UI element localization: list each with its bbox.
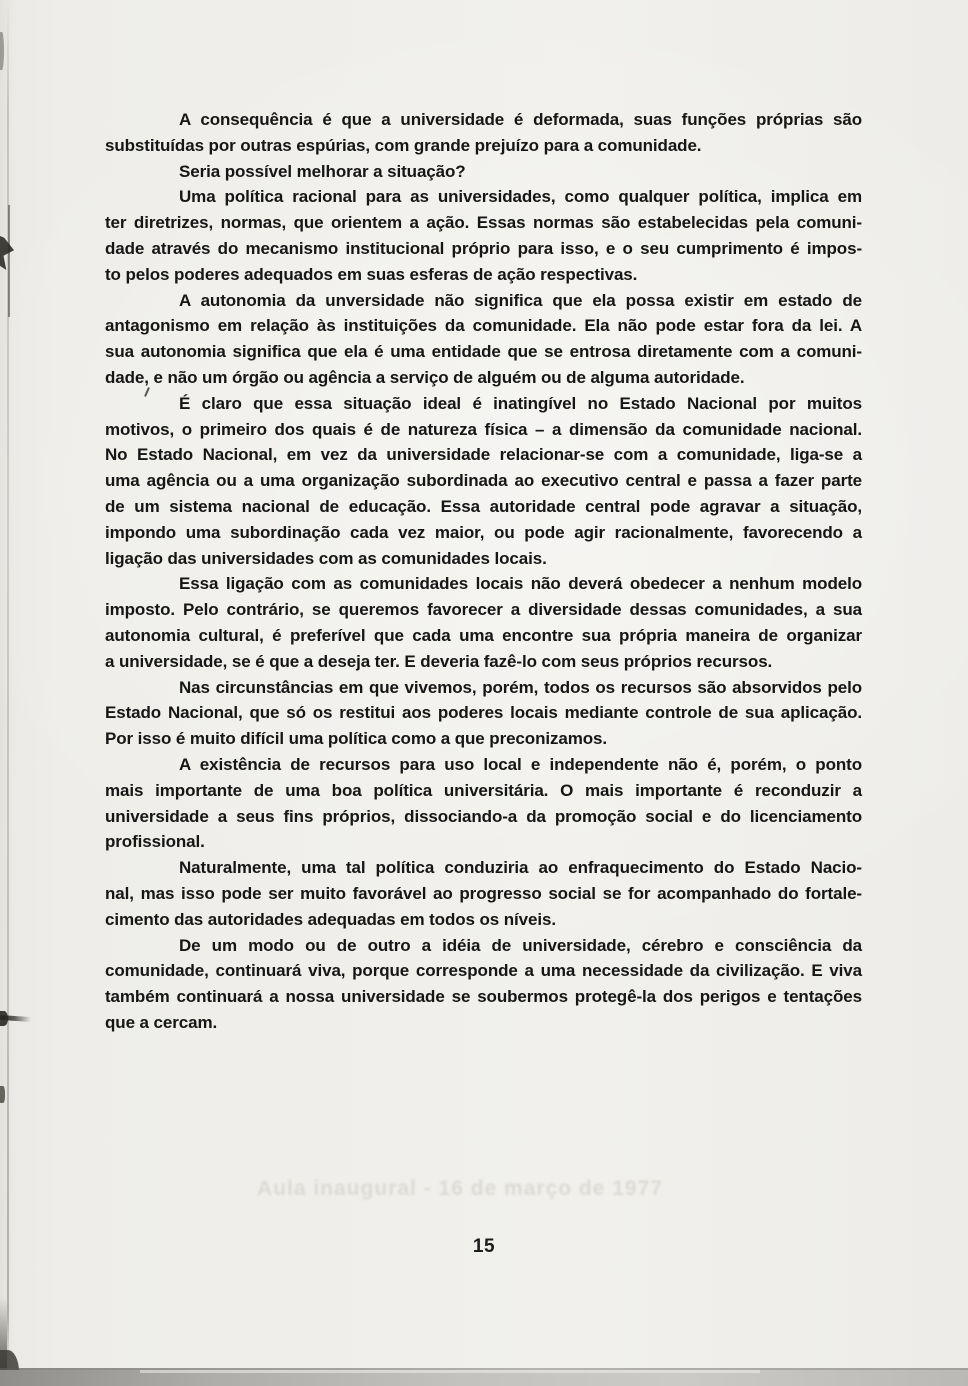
text-line: Uma política racional para as universida… <box>105 184 862 210</box>
text-line: A existência de recursos para uso local … <box>105 752 862 778</box>
text-line: Por isso é muito difícil uma política co… <box>105 726 862 752</box>
text-line: Estado Nacional, que só os restitui aos … <box>105 700 862 726</box>
scanner-background-band <box>0 1370 968 1386</box>
text-line: A consequência é que a universidade é de… <box>105 107 862 133</box>
text-line: Naturalmente, uma tal política conduziri… <box>105 855 862 881</box>
text-line: a universidade, se é que a deseja ter. E… <box>105 649 862 675</box>
scan-mark-left-stem <box>8 205 10 317</box>
text-line: imposto. Pelo contrário, se queremos fav… <box>105 597 862 623</box>
scanned-book-page: { "document": { "paragraphs": [ { "inden… <box>0 0 968 1386</box>
text-line: que a cercam. <box>105 1010 862 1036</box>
text-line: Seria possível melhorar a situação? <box>105 159 862 185</box>
text-line: uma agência ou a uma organização subordi… <box>105 468 862 494</box>
text-line: ligação das universidades com as comunid… <box>105 546 862 572</box>
ghost-caption: Aula inaugural - 16 de março de 1977 <box>257 1177 663 1201</box>
text-line: De um modo ou de outro a idéia de univer… <box>105 933 862 959</box>
text-line: universidade a seus fins próprios, disso… <box>105 804 862 830</box>
text-line: dade através do mecanismo institucional … <box>105 236 862 262</box>
text-line: de um sistema nacional de educação. Essa… <box>105 494 862 520</box>
text-line: Nas circunstâncias em que vivemos, porém… <box>105 675 862 701</box>
text-line: autonomia cultural, é preferível que cad… <box>105 623 862 649</box>
text-line: cimento das autoridades adequadas em tod… <box>105 907 862 933</box>
text-line: A autonomia da unversidade não significa… <box>105 288 862 314</box>
text-line: É claro que essa situação ideal é inatin… <box>105 391 862 417</box>
text-line: Essa ligação com as comunidades locais n… <box>105 571 862 597</box>
page-number: 15 <box>0 1236 968 1258</box>
text-line: impondo uma subordinação cada vez maior,… <box>105 520 862 546</box>
text-line: mais importante de uma boa política univ… <box>105 778 862 804</box>
text-line: motivos, o primeiro dos quais é de natur… <box>105 417 862 443</box>
text-line: também continuará a nossa universidade s… <box>105 984 862 1010</box>
text-line: dade, e não um órgão ou agência a serviç… <box>105 365 862 391</box>
text-line: substituídas por outras espúrias, com gr… <box>105 133 862 159</box>
text-line: profissional. <box>105 829 862 855</box>
text-line: sua autonomia significa que ela é uma en… <box>105 339 862 365</box>
scan-mark-left-tick <box>0 1086 5 1103</box>
scan-mark-left-dash-blob <box>0 1011 8 1026</box>
text-line: antagonismo em relação às instituições d… <box>105 313 862 339</box>
text-line: nal, mas isso pode ser muito favorável a… <box>105 881 862 907</box>
text-block: A consequência é que a universidade é de… <box>105 107 862 1036</box>
scan-mark-top-left <box>0 32 4 70</box>
text-line: No Estado Nacional, em vez da universida… <box>105 442 862 468</box>
text-line: ter diretrizes, normas, que orientem a a… <box>105 210 862 236</box>
text-line: comunidade, continuará viva, porque corr… <box>105 958 862 984</box>
text-line: to pelos poderes adequados em suas esfer… <box>105 262 862 288</box>
